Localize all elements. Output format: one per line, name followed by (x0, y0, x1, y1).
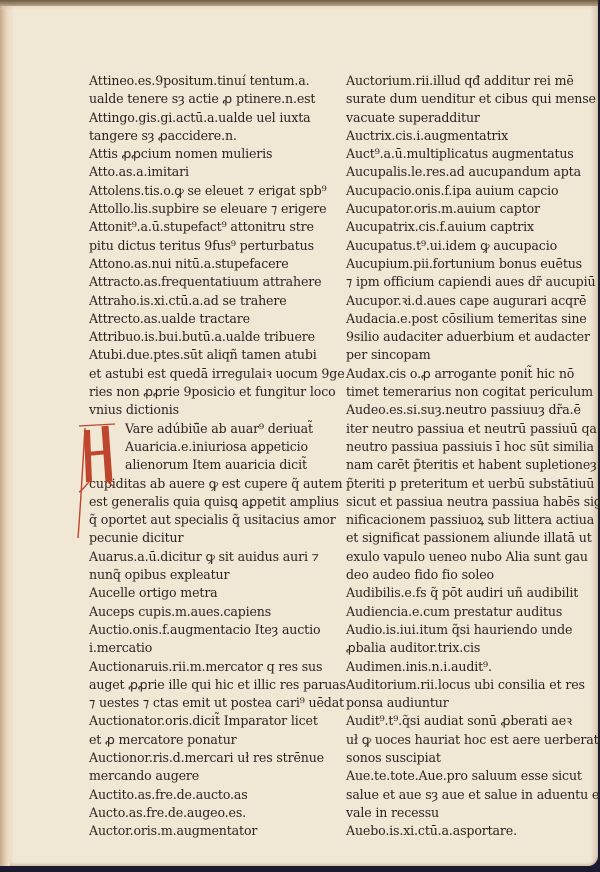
text-line: ꝓbalia auditor.trix.cis (346, 639, 594, 657)
text-line: Audeo.es.si.suȝ.neutro passiuuȝ dr̃a.ē (346, 401, 594, 419)
text-line: vacuate superadditur (346, 109, 594, 127)
text-line: iter neutro passiua et neutrū passiuū qa (346, 420, 594, 438)
text-line: pitu dictus teritus 9fus⁹ perturbatus (89, 237, 344, 255)
text-line: Aucupor.ꝛi.d.aues cape augurari acqrē (346, 292, 594, 310)
text-line: Audimen.inis.n.i.audit⁹. (346, 658, 594, 676)
text-line: nam carēt p̃teritis et habent supletione… (346, 456, 594, 474)
text-line: 9silio audaciter aduerbium et audacter (346, 328, 594, 346)
text-line: ries non ꝓꝓrie 9posicio et fungitur loco (89, 383, 344, 401)
text-line: ponsa audiuntur (346, 694, 594, 712)
text-line: q̃ oportet aut specialis q̃ usitacius am… (89, 511, 344, 529)
text-line: exulo vapulo ueneo nubo Alia sunt gau (346, 548, 594, 566)
rubricated-initial-a-icon (75, 420, 117, 540)
text-line: Audibilis.e.fs q̃ pōt audiri uñ audibili… (346, 584, 594, 602)
text-line: Attonit⁹.a.ū.stupefact⁹ attonitru stre (89, 218, 344, 236)
text-line: Aucupalis.le.res.ad aucupandum apta (346, 163, 594, 181)
right-text-column: Auctorium.rii.illud qđ additur rei mēsur… (346, 72, 594, 840)
text-line: Auaricia.e.iniuriosa aꝑpeticio (89, 438, 344, 456)
rubricated-initial-block: Vare adúbiū̃e ab auar⁹ deriuat̃Auaricia.… (89, 420, 344, 475)
text-line: Audit⁹.t⁹.q̃si audiat sonū ꝓberati aeꝛ (346, 712, 594, 730)
text-line: sonos suscipiat (346, 749, 594, 767)
text-line: Auctio.onis.f.augmentacio Iteȝ auctio (89, 621, 344, 639)
manuscript-page: Attineo.es.9positum.tinuí tentum.a.ualde… (0, 0, 598, 866)
text-line: Vare adúbiū̃e ab auar⁹ deriuat̃ (89, 420, 344, 438)
text-line: Atto.as.a.imitari (89, 163, 344, 181)
text-line: salue et aue sȝ aue et salue in aduentu … (346, 786, 594, 804)
text-line: Attingo.gis.gi.actū.a.ualde uel iuxta (89, 109, 344, 127)
text-line: mercando augere (89, 767, 344, 785)
text-line: Atubi.due.ptes.sūt aliqñ tamen atubi (89, 346, 344, 364)
text-line: Auarus.a.ū.dicitur ꝙ sit auidus auri ⁊ (89, 548, 344, 566)
text-line: et significat passionem aliunde illatā u… (346, 529, 594, 547)
text-line: Aucupator.oris.m.auium captor (346, 200, 594, 218)
text-line: Attono.as.nui nitū.a.stupefacere (89, 255, 344, 273)
text-line: per sincopam (346, 346, 594, 364)
text-line: Audax.cis o.ꝓ arrogante ponit̃ hic nō (346, 365, 594, 383)
text-line: Auctrix.cis.i.augmentatrix (346, 127, 594, 145)
text-line: Audacia.e.post cōsilium temeritas sine (346, 310, 594, 328)
text-line: est generalis quia quisꝗ aꝑpetit amplius (89, 493, 344, 511)
text-line: Aucupacio.onis.f.ipa auium capcio (346, 182, 594, 200)
text-line: Attineo.es.9positum.tinuí tentum.a. (89, 72, 344, 90)
text-line: et ꝓ mercatore ponatur (89, 731, 344, 749)
text-line: Attollo.lis.supbire se eleuare ⁊ erigere (89, 200, 344, 218)
text-line: sicut et passiua neutra passiua habēs si… (346, 493, 594, 511)
text-line: uł ꝙ uoces hauriat hoc est aere uerberat… (346, 731, 594, 749)
text-line: Auebo.is.xi.ctū.a.asportare. (346, 822, 594, 840)
text-line: Auctionator.oris.dicit̃ Imparator licet (89, 712, 344, 730)
text-line: Auditorium.rii.locus ubi consilia et res (346, 676, 594, 694)
text-line: Aue.te.tote.Aue.pro saluum esse sicut (346, 767, 594, 785)
text-line: Auctionaruis.rii.m.mercator q res sus (89, 658, 344, 676)
text-line: surate dum uenditur et cibus qui mense (346, 90, 594, 108)
text-line: Auctorium.rii.illud qđ additur rei mē (346, 72, 594, 90)
text-line: Aucelle ortigo metra (89, 584, 344, 602)
text-line: Attracto.as.frequentatiuum attrahere (89, 273, 344, 291)
text-line: neutro passiua passiuis ī hoc sūt simili… (346, 438, 594, 456)
text-line: p̃teriti p preteritum et uerbū substātiu… (346, 475, 594, 493)
text-line: ⁊ ipm officium capiendi aues dr̃ aucupiū (346, 273, 594, 291)
text-line: deo audeo fido fio soleo (346, 566, 594, 584)
text-line: Audio.is.iui.itum q̃si hauriendo unde (346, 621, 594, 639)
text-line: Auctor.oris.m.augmentator (89, 822, 344, 840)
page-binding-edge (0, 10, 10, 866)
text-line: pecunie dicitur (89, 529, 344, 547)
page-top-edge (0, 0, 598, 6)
text-line: Auctionor.ris.d.mercari uł res strēnue (89, 749, 344, 767)
text-line: cupiditas ab auere ꝙ est cupere q̃ autem (89, 475, 344, 493)
text-line: vnius dictionis (89, 401, 344, 419)
text-line: Audiencia.e.cum prestatur auditus (346, 603, 594, 621)
text-line: Aucupium.pii.fortunium bonus euētus (346, 255, 594, 273)
text-line: nificacionem passiuoꝝ sub littera actiua (346, 511, 594, 529)
text-line: ualde tenere sȝ actie ꝓ ptinere.n.est (89, 90, 344, 108)
text-line: et astubi est quedā irregulaiꝛ uocum 9ge (89, 365, 344, 383)
text-line: timet temerarius non cogitat periculum (346, 383, 594, 401)
text-line: Auceps cupis.m.aues.capiens (89, 603, 344, 621)
text-line: Aucupatus.t⁹.ui.idem ꝙ aucupacio (346, 237, 594, 255)
left-text-column: Attineo.es.9positum.tinuí tentum.a.ualde… (89, 72, 344, 840)
text-line: Aucto.as.fre.de.augeo.es. (89, 804, 344, 822)
text-line: Auctito.as.fre.de.aucto.as (89, 786, 344, 804)
text-line: i.mercatio (89, 639, 344, 657)
text-line: Attraho.is.xi.ctū.a.ad se trahere (89, 292, 344, 310)
text-line: alienorum Item auaricia dicit̃ (89, 456, 344, 474)
text-line: auget ꝓꝓrie ille qui hic et illic res pa… (89, 676, 344, 694)
text-line: Attolens.tis.o.ꝙ se eleuet ⁊ erigat spb⁹ (89, 182, 344, 200)
text-line: vale in recessu (346, 804, 594, 822)
text-line: Attis ꝓꝓcium nomen mulieris (89, 145, 344, 163)
text-line: Attribuo.is.bui.butū.a.ualde tribuere (89, 328, 344, 346)
text-line: Attrecto.as.ualde tractare (89, 310, 344, 328)
text-line: ⁊ uestes ⁊ ctas emit ut postea cari⁹ uēd… (89, 694, 344, 712)
text-line: Aucupatrix.cis.f.auium captrix (346, 218, 594, 236)
text-line: tangere sȝ ꝓaccidere.n. (89, 127, 344, 145)
text-line: nunq̃ opibus expleatur (89, 566, 344, 584)
text-line: Auct⁹.a.ū.multiplicatus augmentatus (346, 145, 594, 163)
